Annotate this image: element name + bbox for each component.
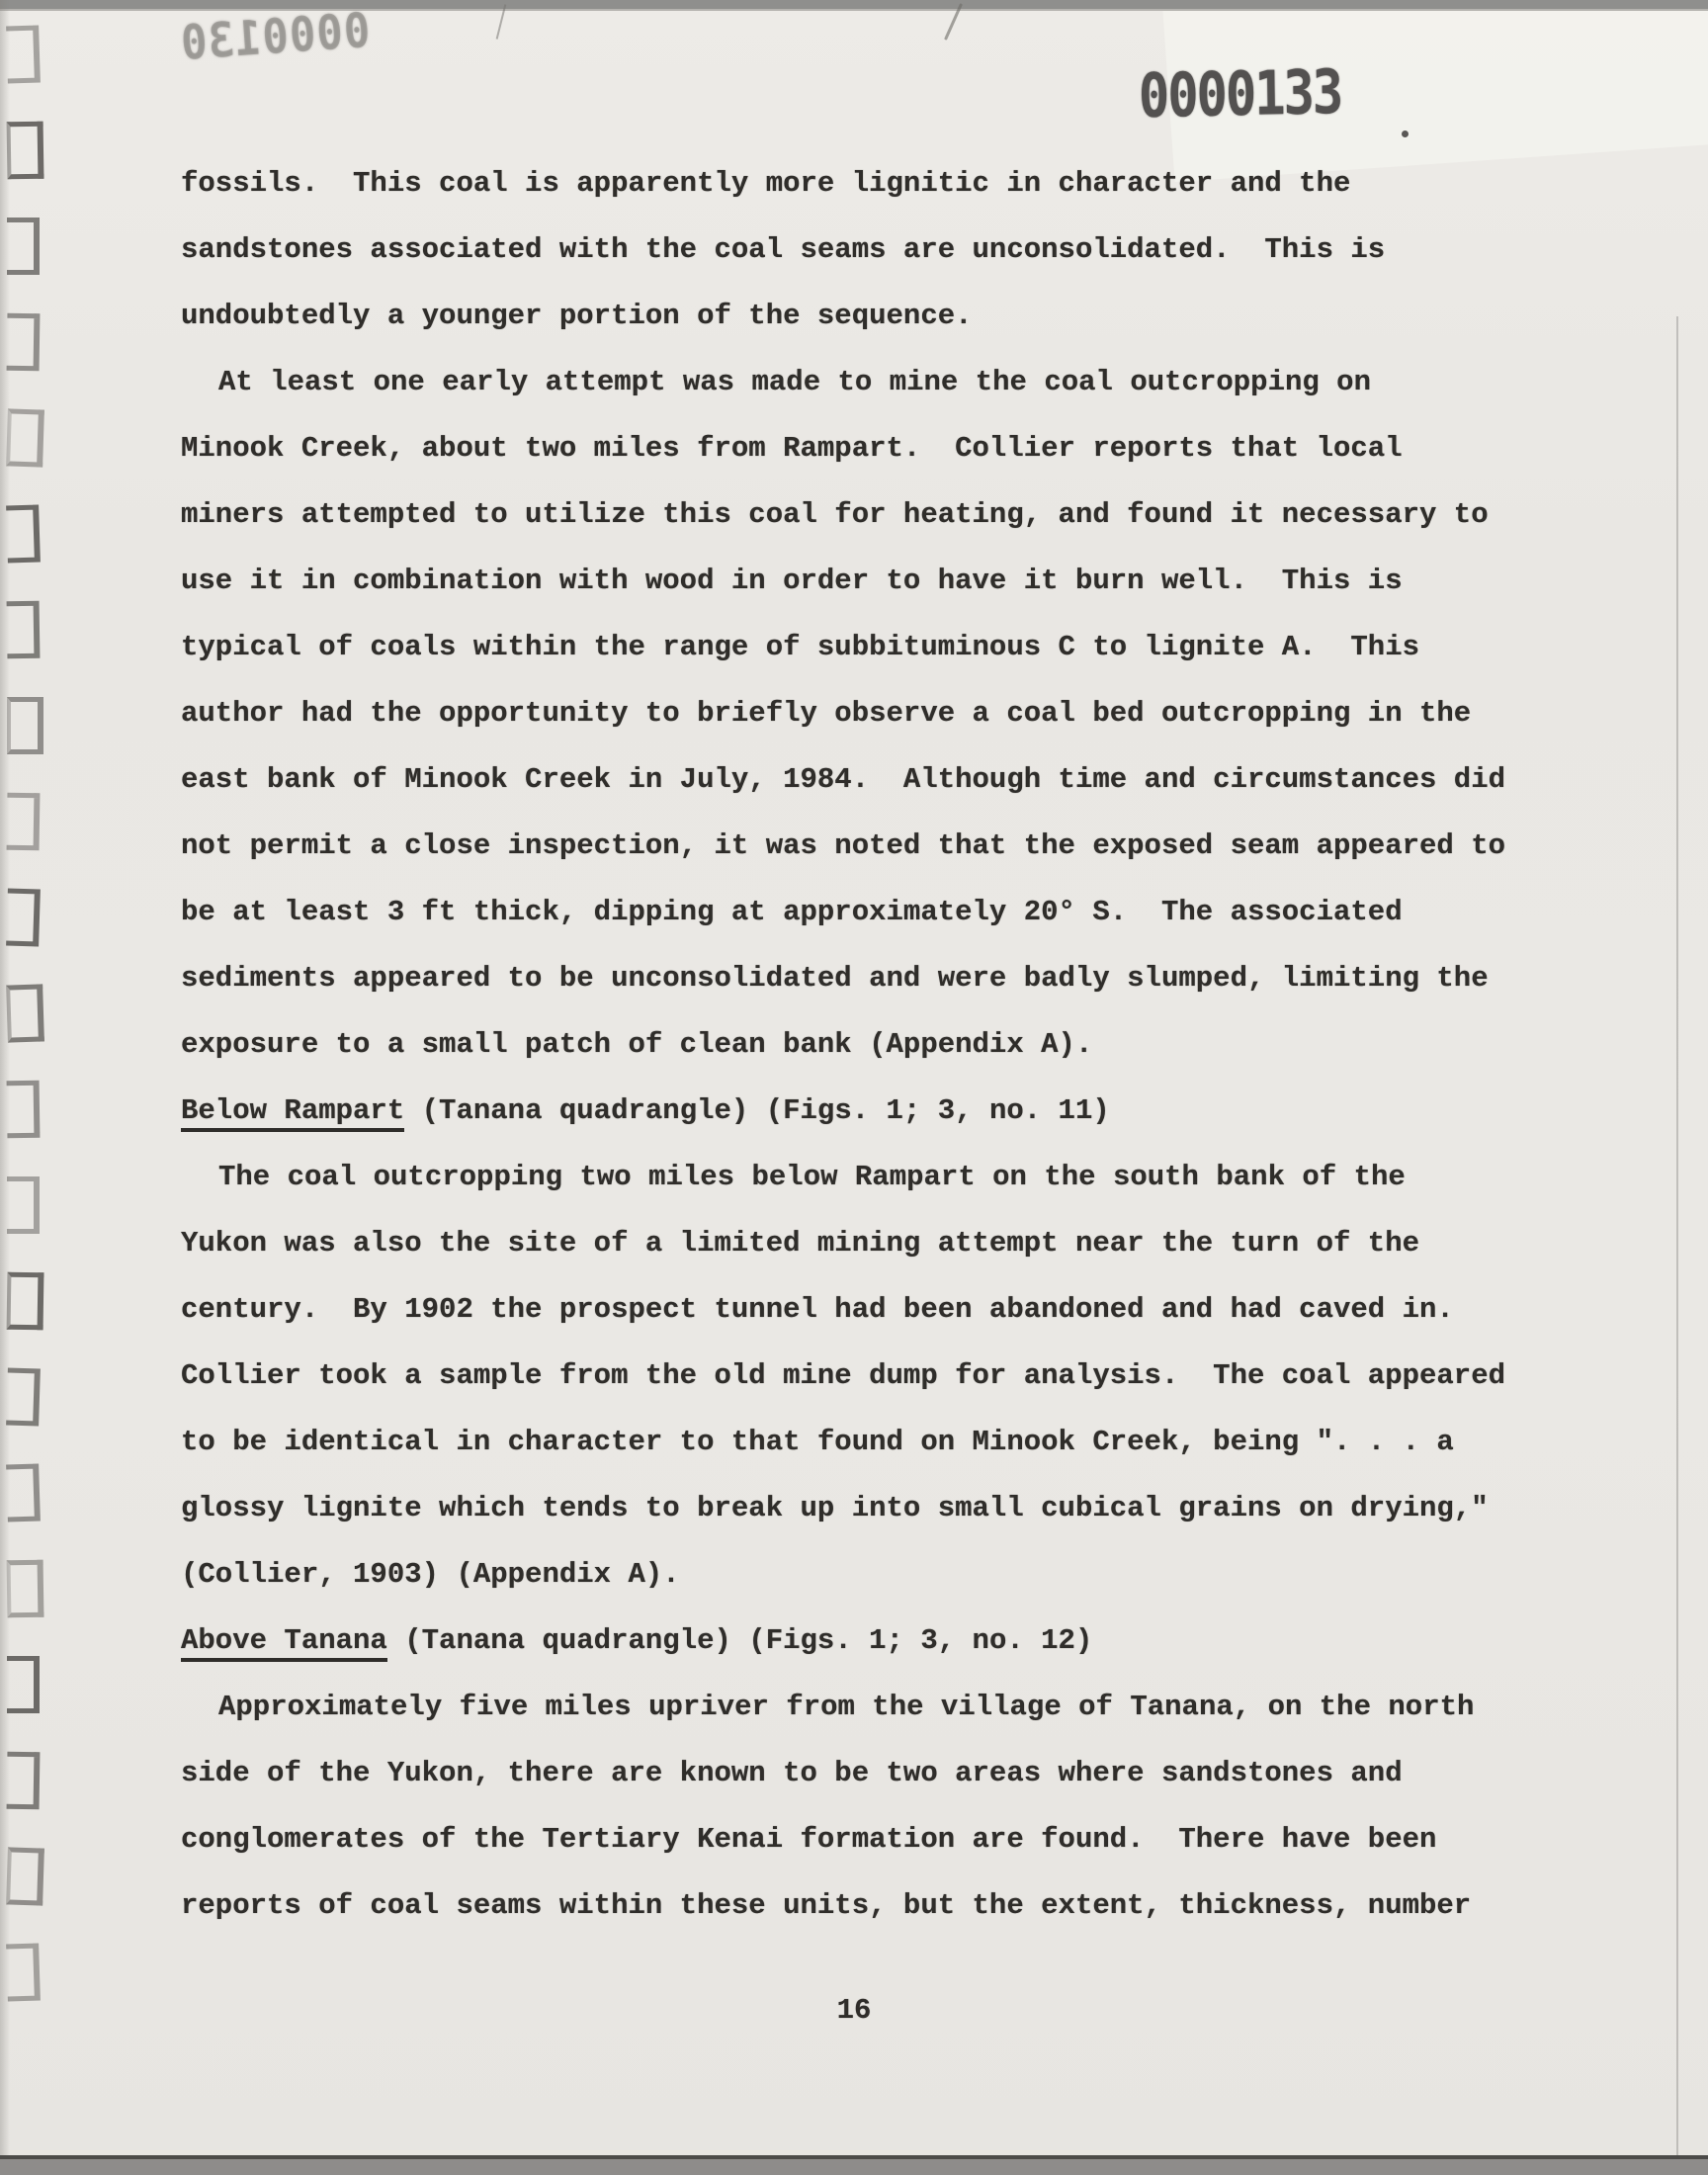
- text-line: Collier took a sample from the old mine …: [181, 1343, 1584, 1409]
- typed-text-block: fossils. This coal is apparently more li…: [181, 150, 1584, 1939]
- binder-mark: [7, 1176, 40, 1234]
- heading-rest: (Tanana quadrangle) (Figs. 1; 3, no. 11): [404, 1094, 1110, 1127]
- text-line: glossy lignite which tends to break up i…: [181, 1475, 1584, 1541]
- text-line: fossils. This coal is apparently more li…: [181, 150, 1584, 217]
- text-line: (Collier, 1903) (Appendix A).: [181, 1541, 1584, 1608]
- text-line: Yukon was also the site of a limited min…: [181, 1210, 1584, 1276]
- ghost-stamp: 0000130: [178, 3, 372, 71]
- binder-mark: [6, 408, 44, 467]
- text-line: side of the Yukon, there are known to be…: [181, 1740, 1584, 1806]
- binder-mark: [6, 504, 41, 563]
- binder-mark: [7, 313, 41, 372]
- section-heading: Above Tanana (Tanana quadrangle) (Figs. …: [181, 1608, 1584, 1674]
- binder-mark: [7, 793, 41, 851]
- binder-mark: [6, 1847, 44, 1905]
- text-line: undoubtedly a younger portion of the seq…: [181, 283, 1584, 349]
- text-line: miners attempted to utilize this coal fo…: [181, 481, 1584, 548]
- binder-mark: [6, 1463, 41, 1522]
- text-line: typical of coals within the range of sub…: [181, 614, 1584, 680]
- section-heading: Below Rampart (Tanana quadrangle) (Figs.…: [181, 1078, 1584, 1144]
- binder-mark: [7, 122, 44, 180]
- text-line: to be identical in character to that fou…: [181, 1409, 1584, 1475]
- stamp-dot: [1402, 130, 1409, 137]
- text-line: reports of coal seams within these units…: [181, 1872, 1584, 1939]
- binder-mark: [7, 1752, 41, 1810]
- text-line: sandstones associated with the coal seam…: [181, 217, 1584, 283]
- binder-mark: [7, 1081, 41, 1139]
- binder-mark: [7, 1560, 44, 1618]
- binder-mark: [7, 601, 41, 659]
- page-number: 16: [0, 1981, 1708, 2041]
- binder-mark: [6, 888, 41, 946]
- text-line: The coal outcropping two miles below Ram…: [181, 1144, 1584, 1210]
- text-line: conglomerates of the Tertiary Kenai form…: [181, 1806, 1584, 1872]
- binder-mark: [6, 25, 41, 83]
- text-line: use it in combination with wood in order…: [181, 548, 1584, 614]
- text-line: exposure to a small patch of clean bank …: [181, 1011, 1584, 1078]
- heading-underlined: Above Tanana: [181, 1624, 387, 1662]
- text-line: author had the opportunity to briefly ob…: [181, 680, 1584, 746]
- scan-edge-top: [0, 0, 1708, 9]
- text-line: century. By 1902 the prospect tunnel had…: [181, 1276, 1584, 1343]
- page-fold-line: [1676, 316, 1678, 2155]
- scanned-page: 0000130 0000133 fossils. This coal is ap…: [0, 0, 1708, 2175]
- text-line: be at least 3 ft thick, dipping at appro…: [181, 879, 1584, 945]
- text-line: At least one early attempt was made to m…: [181, 349, 1584, 415]
- binder-mark: [7, 1656, 40, 1713]
- heading-rest: (Tanana quadrangle) (Figs. 1; 3, no. 12): [387, 1624, 1093, 1657]
- binder-mark: [6, 984, 44, 1042]
- text-line: Approximately five miles upriver from th…: [181, 1674, 1584, 1740]
- heading-underlined: Below Rampart: [181, 1094, 404, 1132]
- text-line: east bank of Minook Creek in July, 1984.…: [181, 746, 1584, 813]
- text-line: Minook Creek, about two miles from Rampa…: [181, 415, 1584, 481]
- stamp-number: 0000133: [1138, 57, 1341, 131]
- binder-mark: [7, 1272, 44, 1331]
- text-line: not permit a close inspection, it was no…: [181, 813, 1584, 879]
- binder-mark: [7, 217, 40, 275]
- binder-mark: [6, 1367, 41, 1426]
- binder-mark: [7, 697, 43, 754]
- text-line: sediments appeared to be unconsolidated …: [181, 945, 1584, 1011]
- scan-edge-bottom: [0, 2159, 1708, 2175]
